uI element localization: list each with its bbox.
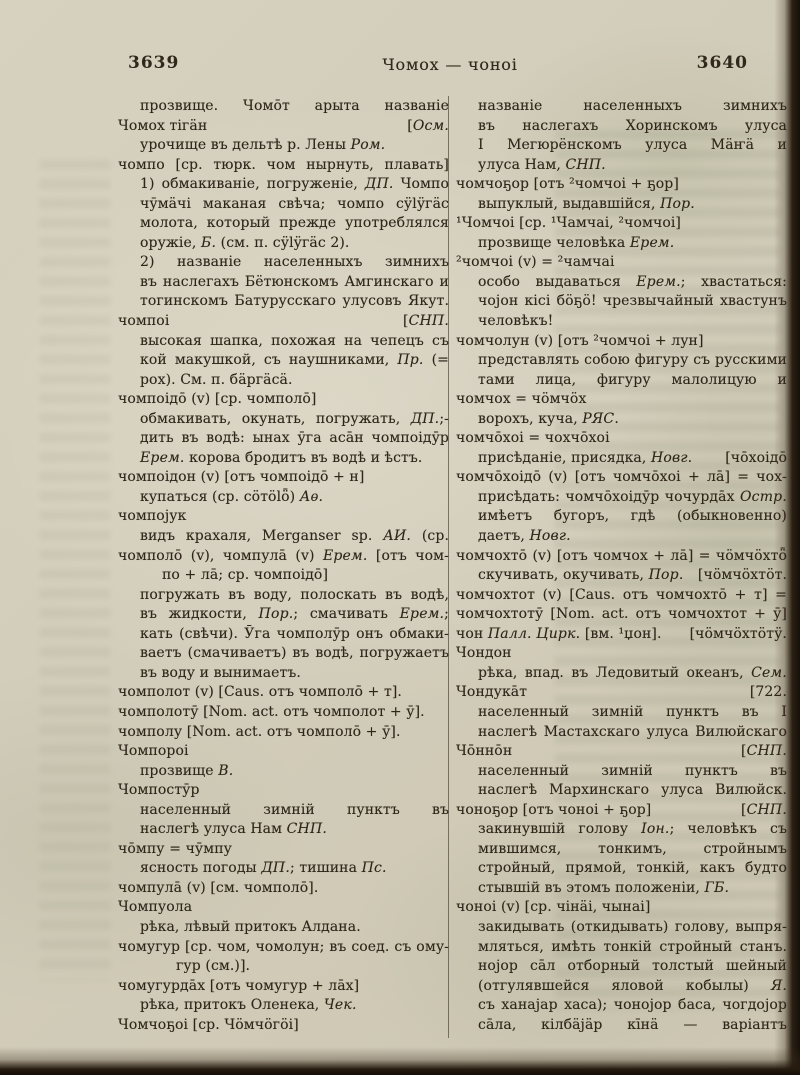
entry-text-line: мляться, имѣть тонкій стройный станъ. Чо… <box>456 938 787 958</box>
line-text: Чомох тігäн <box>118 117 207 137</box>
entry-text-line: ворохъ, куча, РЯС. <box>456 410 787 430</box>
entry-text-line: чоjон кісі бöҕö! чрезвычайный хвастунъ <box>456 292 787 312</box>
entry-text-line: по + лā; ср. чомпоідō] <box>118 566 449 586</box>
entry-text-line: скучивать, окучивать, Пор.[чöмчöхтöт. <box>456 566 787 586</box>
entry-headword-line: чомчōхоі = чохчōхоі <box>456 429 787 449</box>
entry-text-line: гур (см.)]. <box>118 957 449 977</box>
entry-headword-line: чомугурдāх [отъ чомугур + лāх] <box>118 977 449 997</box>
entry-text-line: улуса Нам, СНП. <box>456 156 787 176</box>
entry-headword-line: чон Палл. Цирк. [вм. ¹џон].[чöмчöхтöтӱ. <box>456 625 787 645</box>
entry-headword-line: Чондон <box>456 644 787 664</box>
running-head: Чомох — чоноі <box>120 55 780 74</box>
entry-text-line: прозвище В. <box>118 762 449 782</box>
entry-text-line: названіе населенныхъ зимнихъ пунктовъ <box>456 97 787 117</box>
entry-text-line: ваетъ (смачиваетъ) въ водѣ, погружаетъ <box>118 644 449 664</box>
entry-text-line: видъ крахаля, Merganser sp. АИ. (ср. улу… <box>118 527 449 547</box>
entry-headword-line: чомчōхоідō (v) [отъ чомчōхоі + лā] = чох… <box>456 468 787 488</box>
entry-text-line: прозвище человѣка Ерем. <box>456 234 787 254</box>
line-text: скучивать, окучивать, Пор. <box>478 566 683 586</box>
entry-text-line: прозвище. Чомōт арыта названіе урочища <box>118 97 449 117</box>
entry-text-line: кать (свѣчи). Ӯга чомполӯр онъ обмаки- <box>118 625 449 645</box>
entry-headword-line: чомпоідō (v) [ср. чомполō] <box>118 390 449 410</box>
entry-text-line: въ воду и вынимаетъ. <box>118 664 449 684</box>
entry-text-line: чӯмäчі маканая свѣча; чомпо сӱlӱгäс родъ <box>118 195 449 215</box>
line-right-reference: [чöмчöхтöтӱ. <box>690 625 787 645</box>
entry-text-line: Ерем. корова бродитъ въ водѣ и ѣстъ. <box>118 449 449 469</box>
entry-text-line: тогинскомъ Батурусскаго улусовъ Якут. ок… <box>118 292 449 312</box>
entry-headword-line: Чомпороі <box>118 742 449 762</box>
right-column: названіе населенныхъ зимнихъ пунктовъвъ … <box>456 97 787 1035</box>
entry-headword-line: чомпоідон (v) [отъ чомпоідō + н] <box>118 468 449 488</box>
entry-text-line: ясность погоды ДП.; тишина Пс. <box>118 859 449 879</box>
line-text: чоноҕор [отъ чоноі + ҕор] <box>456 801 651 821</box>
entry-text-line: присѣдать: чомчōхоідӯр чочурдāх Остр. <box>456 488 787 508</box>
entry-text-line: съ ханаjар хаса); чоноjор баса, чогдоjор <box>456 996 787 1016</box>
entry-text-line: молота, который прежде употреблялся какъ <box>118 214 449 234</box>
entry-headword-line: Чомчоҕоі [ср. Чöмчöгöі] <box>118 1016 449 1036</box>
page-number-right: 3640 <box>697 53 748 73</box>
entry-headword-line: чомчох = чöмчöх <box>456 390 787 410</box>
entry-text-line: тами лица, фигуру малолицую и молчаливую… <box>456 371 787 391</box>
entry-text-line: представлять собою фигуру съ русскими че… <box>456 351 787 371</box>
entry-text-line: даетъ, Новг. <box>456 527 787 547</box>
entry-text-line: стывшій въ этомъ положеніи, ГБ. <box>456 879 787 899</box>
entry-text-line: рѣка, притокъ Оленека, Чек. <box>118 996 449 1016</box>
entry-headword-line: чомчохтō (v) [отъ чомчох + лā] = чöмчöхт… <box>456 547 787 567</box>
entry-text-line: рох). См. п. бäргäсä. <box>118 371 449 391</box>
entry-headword-line: чомпулā (v) [см. чомполō]. <box>118 879 449 899</box>
entry-text-line: населенный зимній пунктъ въ Тюмюкскомъ <box>456 762 787 782</box>
entry-text-line: рѣка, впад. въ Ледовитый океанъ, Сем. V, <box>456 664 787 684</box>
entry-headword-line: чомполотӯ [Nom. act. отъ чомполот + ӯ]. <box>118 703 449 723</box>
left-column: прозвище. Чомōт арыта названіе урочищаЧо… <box>118 97 449 1035</box>
entry-text-line: имѣетъ бугоръ, гдѣ (обыкновенно) присѣ- <box>456 507 787 527</box>
entry-headword-line: чомчолун (v) [отъ ²чомчоі + лун] <box>456 332 787 352</box>
entry-text-line: наслегѣ улуса Нам СНП. <box>118 820 449 840</box>
entry-text-line: стройный, прямой, тонкій, какъ будто за- <box>456 859 787 879</box>
line-text: чон Палл. Цирк. [вм. ¹џон]. <box>456 625 662 645</box>
entry-headword-line: чомполот (v) [Caus. отъ чомполō + т]. <box>118 683 449 703</box>
entry-headword-line: чомчохтот (v) [Caus. отъ чомчохтō + т] = <box>456 586 787 606</box>
entry-headword-line: Чомпуола <box>118 898 449 918</box>
entry-headword-line: чомчохтотӯ [Nom. act. отъ чомчохтот + ӯ]… <box>456 605 787 625</box>
entry-text-line: сāла, кілбäjäр кīнä — варіантъ употребля… <box>456 1016 787 1036</box>
entry-headword-line: Чондукāт[722. <box>456 683 787 703</box>
line-right-reference: [Осм. <box>407 117 449 137</box>
entry-text-line: обмакивать, окунать, погружать, ДП.;-бро… <box>118 410 449 430</box>
entry-headword-line: чомпоі[СНП. <box>118 312 449 332</box>
entry-text-line: наслегѣ Мархинскаго улуса Вилюйск. окр. <box>456 781 787 801</box>
entry-text-line: кой макушкой, съ наушниками, Пр. (= хо- <box>118 351 449 371</box>
entry-text-line: мившимся, тонкимъ, стройнымъ станомъ, <box>456 840 787 860</box>
line-text: чомпоі <box>118 312 169 332</box>
entry-text-line: дить въ водѣ: ынах ӯга асāн чомпоідӯр <box>118 429 449 449</box>
entry-text-line: купаться (ср. сöтölȫ) Аѳ. <box>118 488 449 508</box>
entry-headword-line: ¹Чомчоі [ср. ¹Чамчаі, ²чомчоі] <box>456 214 787 234</box>
entry-text-line: ноjор сāл отборный толстый шейный жиръ <box>456 957 787 977</box>
entry-text-line: закидывать (откидывать) голову, выпря- <box>456 918 787 938</box>
entry-text-line: выпуклый, выдавшійся, Пор. <box>456 195 787 215</box>
entry-text-line: закинувшій голову Іон.; человѣкъ съ выпр… <box>456 820 787 840</box>
entry-text-line: 1) обмакиваніе, погруженіе, ДП. Чомпо <box>118 175 449 195</box>
entry-headword-line: Чомох тігäн[Осм. <box>118 117 449 137</box>
entry-headword-line: Чōннōн[СНП. <box>456 742 787 762</box>
entry-headword-line: чōмпу = чӯмпу <box>118 840 449 860</box>
entry-text-line: урочище въ дельтѣ р. Лены Ром. <box>118 136 449 156</box>
entry-text-line: человѣкъ! <box>456 312 787 332</box>
entry-headword-line: Чомпостӯр <box>118 781 449 801</box>
entry-text-line: наслегѣ Мастахскаго улуса Вилюйскаго окр… <box>456 723 787 743</box>
entry-text-line: оружіе, Б. (см. п. сӱlӱгäс 2). <box>118 234 449 254</box>
entry-text-line: присѣданіе, присядка, Новг.[чōхоідō <box>456 449 787 469</box>
line-text: присѣданіе, присядка, Новг. <box>478 449 692 469</box>
entry-headword-line: чомполō (v), чомпулā (v) Ерем. [отъ чом- <box>118 547 449 567</box>
entry-headword-line: чомпоjук <box>118 507 449 527</box>
entry-text-line: (отгулявшейся яловой кобылы) Я. (наряду <box>456 977 787 997</box>
entry-headword-line: чомпо [ср. тюрк. чом нырнуть, плавать] <box>118 156 449 176</box>
entry-text-line: рѣка, лѣвый притокъ Алдана. <box>118 918 449 938</box>
entry-text-line: населенный зимній пунктъ въ Арбынскомъ <box>118 801 449 821</box>
entry-text-line: особо выдаваться Ерем.; хвастаться: чом- <box>456 273 787 293</box>
entry-text-line: въ наслегахъ Бётюнскомъ Амгинскаго и Бол… <box>118 273 449 293</box>
entry-headword-line: чоноі (v) [ср. чінäі, чынаі] <box>456 898 787 918</box>
entry-text-line: населенный зимній пунктъ въ I Кулятскомъ <box>456 703 787 723</box>
entry-text-line: 2) названіе населенныхъ зимнихъ пунктовъ <box>118 253 449 273</box>
entry-headword-line: чоноҕор [отъ чоноі + ҕор][СНП. <box>456 801 787 821</box>
entry-headword-line: чомполу [Nom. act. отъ чомполō + ӯ]. <box>118 723 449 743</box>
entry-text-line: I Мегюрёнскомъ улуса Мäҥä и Кобяконскомъ <box>456 136 787 156</box>
line-right-reference: [СНП. <box>403 312 449 332</box>
line-text: Чōннōн <box>456 742 512 762</box>
entry-headword-line: чомугур [ср. чом, чомолун; въ соед. съ о… <box>118 938 449 958</box>
entry-text-line: въ жидкости, Пор.; смачивать Ерем.; ма- <box>118 605 449 625</box>
line-text: Чондукāт <box>456 683 527 703</box>
entry-text-line: высокая шапка, похожая на чепецъ съ высо… <box>118 332 449 352</box>
page-edge-right <box>774 0 800 1075</box>
entry-text-line: въ наслегахъ Хоринскомъ улуса Бороҕон, <box>456 117 787 137</box>
entry-text-line: погружать въ воду, полоскать въ водѣ, <box>118 586 449 606</box>
entry-headword-line: ²чомчоі (v) = ²чамчаі <box>456 253 787 273</box>
page-edge-bottom <box>0 1047 800 1075</box>
entry-headword-line: чомчоҕор [отъ ²чомчоі + ҕор] <box>456 175 787 195</box>
